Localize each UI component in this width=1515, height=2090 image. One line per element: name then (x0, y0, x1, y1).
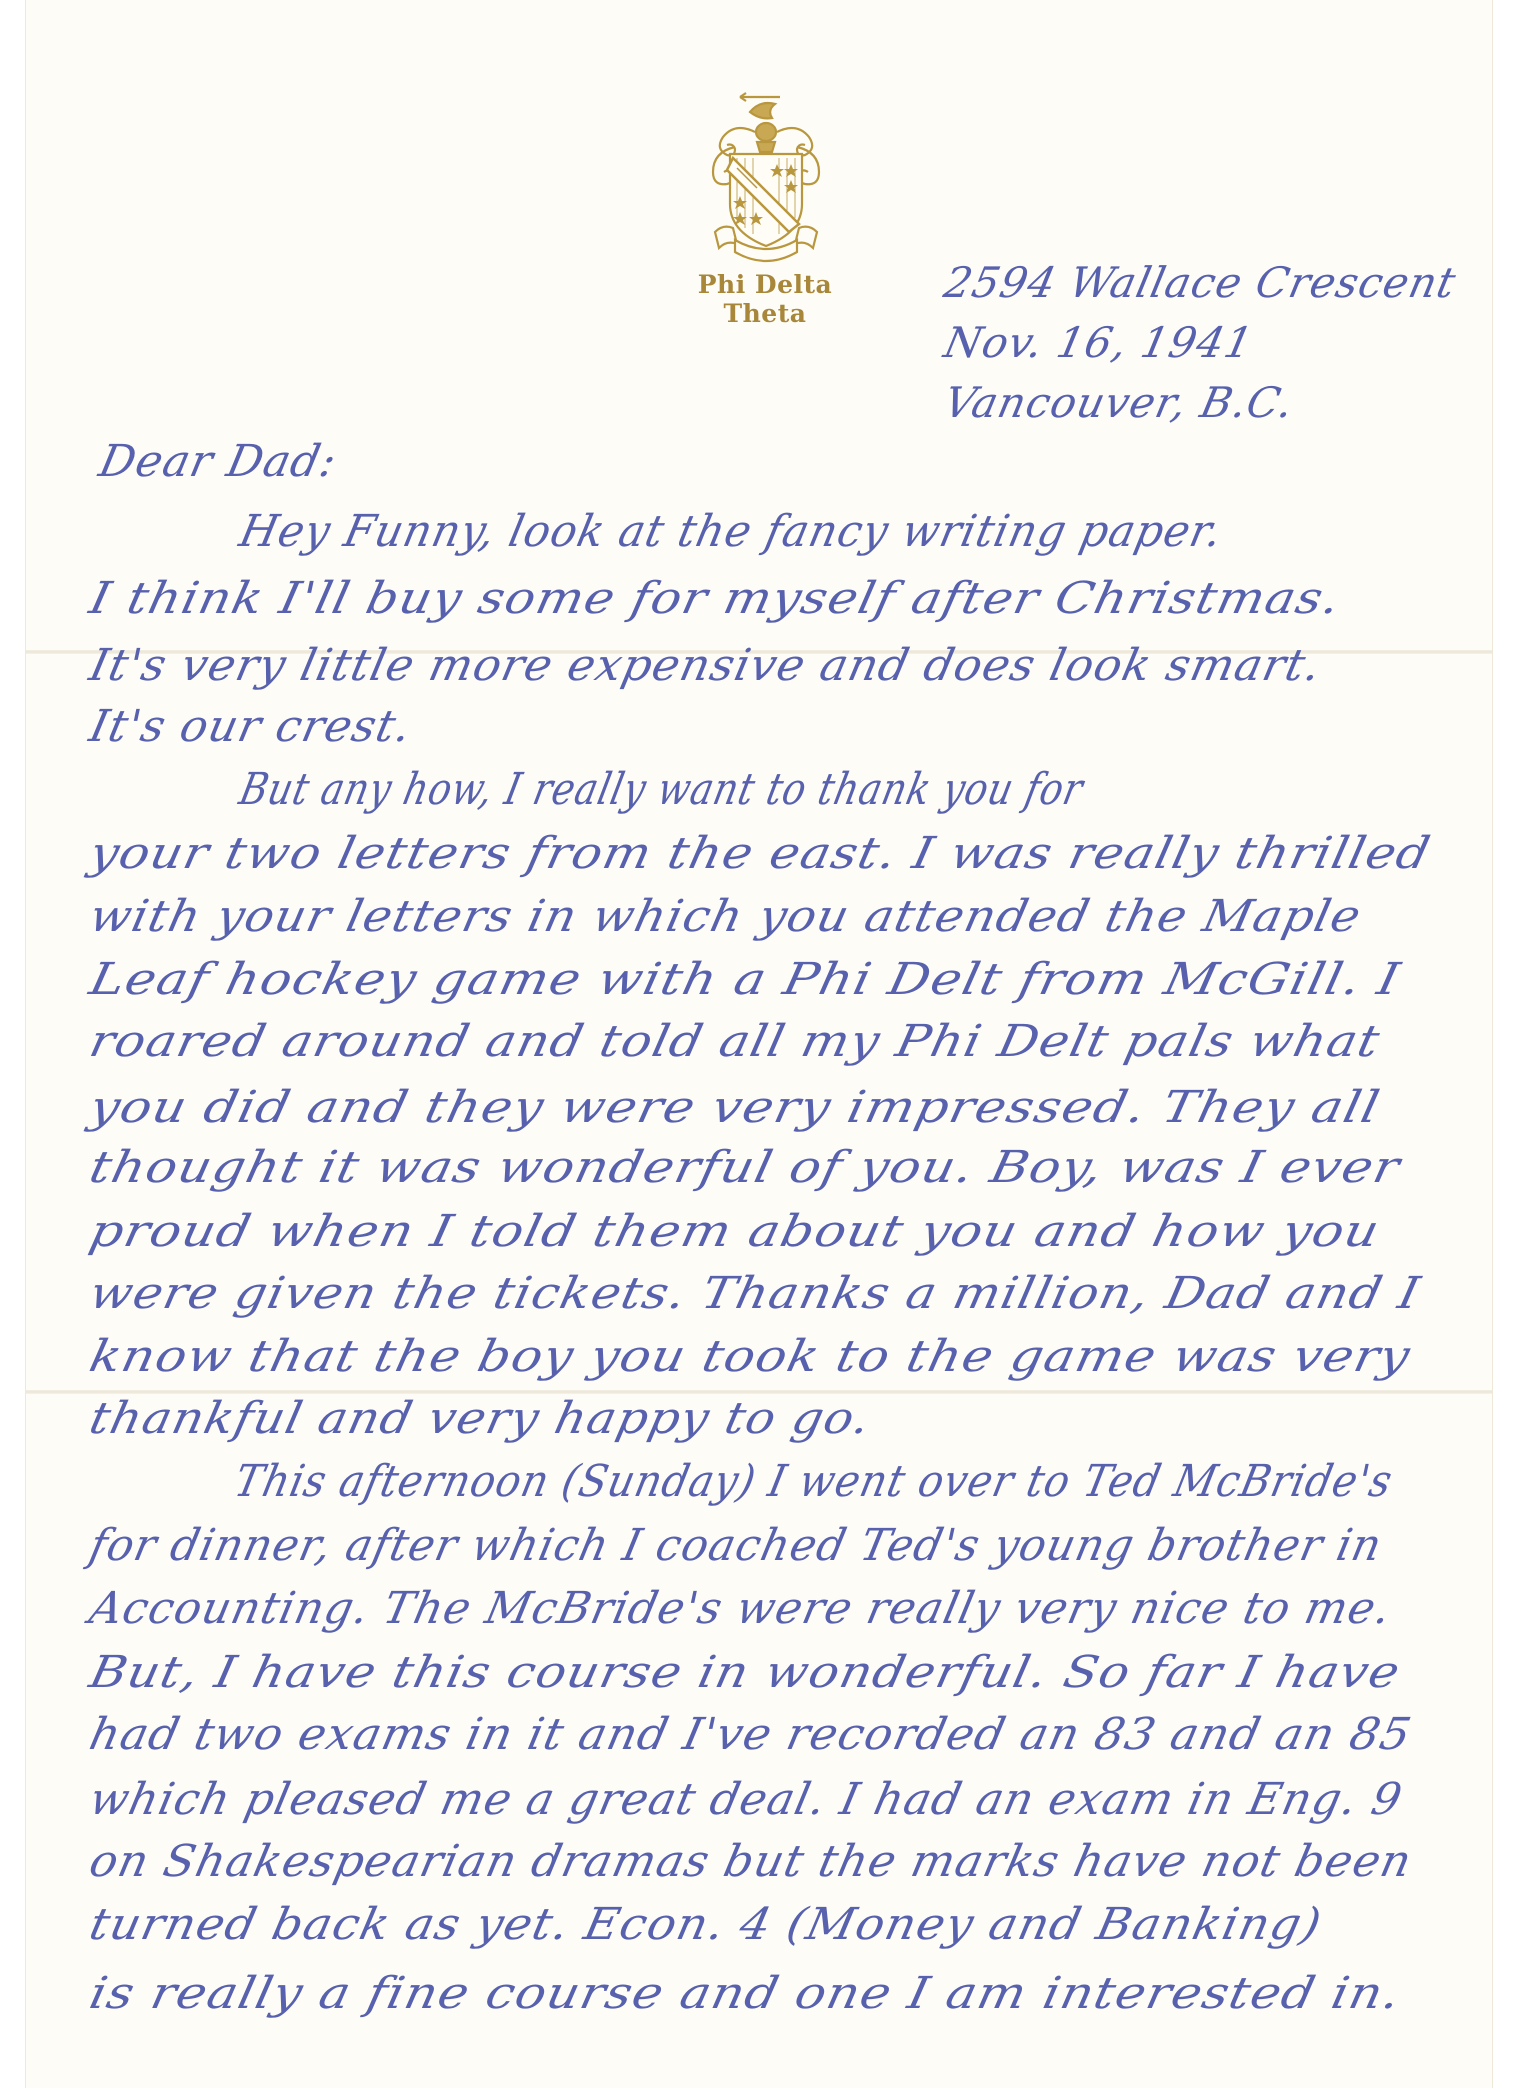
letter-line: were given the tickets. Thanks a million… (86, 1272, 1425, 1316)
letter-line: had two exams in it and I've recorded an… (86, 1713, 1416, 1757)
letter-line: This afternoon (Sunday) I went over to T… (231, 1460, 1397, 1504)
letter-line: But, I have this course in wonderful. So… (86, 1651, 1405, 1695)
letter-line: for dinner, after which I coached Ted's … (86, 1524, 1386, 1568)
letter-line: roared around and told all my Phi Delt p… (86, 1020, 1384, 1064)
coat-of-arms-icon (705, 92, 827, 264)
letter-line: I think I'll buy some for myself after C… (86, 577, 1345, 621)
organization-name: Phi Delta Theta (660, 270, 870, 328)
letter-line: with your letters in which you attended … (86, 895, 1366, 939)
letter-line: It's very little more expensive and does… (86, 644, 1326, 688)
letter-line: It's our crest. (86, 705, 416, 749)
letter-line: Accounting. The McBride's were really ve… (86, 1587, 1396, 1631)
letter-line: thankful and very happy to go. (86, 1397, 875, 1441)
letter-line: Hey Funny, look at the fancy writing pap… (236, 510, 1227, 554)
salutation: Dear Dad: (95, 440, 340, 484)
letter-line: thought it was wonderful of you. Boy, wa… (86, 1146, 1404, 1190)
letter-line: But any how, I really want to thank you … (236, 768, 1087, 812)
letter-line: turned back as yet. Econ. 4 (Money and B… (86, 1903, 1326, 1947)
letter-line: you did and they were very impressed. Th… (86, 1086, 1384, 1130)
letter-line: know that the boy you took to the game w… (86, 1335, 1415, 1379)
letter-line: your two letters from the east. I was re… (86, 832, 1435, 876)
letter-line: is really a fine course and one I am int… (86, 1972, 1405, 2016)
letter-line: which pleased me a great deal. I had an … (86, 1778, 1407, 1822)
letter-line: on Shakespearian dramas but the marks ha… (86, 1840, 1416, 1884)
letter-line: Leaf hockey game with a Phi Delt from Mc… (86, 958, 1405, 1002)
letter-date: Nov. 16, 1941 (941, 322, 1257, 364)
letter-line: proud when I told them about you and how… (86, 1210, 1384, 1254)
address-street: 2594 Wallace Crescent (941, 262, 1460, 304)
address-city: Vancouver, B.C. (941, 382, 1298, 424)
